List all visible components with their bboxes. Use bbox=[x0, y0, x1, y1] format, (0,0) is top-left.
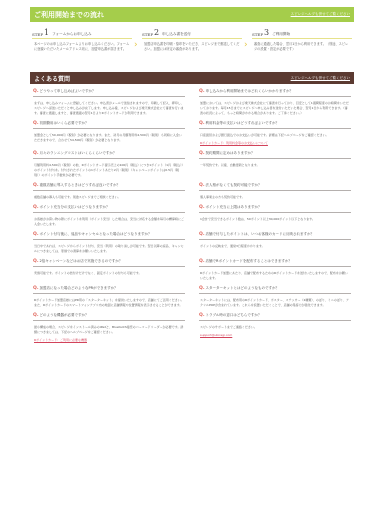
flow-help-link[interactable]: スピレジヘルプも併せてご覧ください bbox=[291, 12, 350, 17]
faq-question: Q.どうやって申し込めばよいですか？ bbox=[33, 89, 185, 97]
faq-item: Q.ポイント充当分の支払いはどうなりますか？お客様がお買い物の際にポイントを利用… bbox=[30, 200, 188, 227]
answer-body: スターターキットには、配布用のRポイントカード、ポスター、ステッカー（2種類）、… bbox=[200, 298, 349, 307]
q-mark: Q. bbox=[199, 232, 205, 237]
answer-body: 加盟においては、スピレジおよび楽天株式会社にて審査を行っており、目安として1週間… bbox=[200, 101, 349, 115]
step-number: 3 bbox=[264, 29, 269, 37]
answer-text: 一年契約です。以後、自動更新となります。 bbox=[199, 159, 351, 168]
flow-title: ご利用開始までの流れ bbox=[34, 10, 104, 20]
faq-question: Q.店舗で付与したポイントは、いつお客様のカードに反映されますか？ bbox=[199, 232, 351, 240]
faq-question: Q.法人格がなくても契約可能ですか？ bbox=[199, 183, 351, 191]
question-text: 利用料金等の支払いはどうすればよいですか？ bbox=[206, 121, 280, 126]
answer-body: 加盟金として50,000円（税別）が必要になります。また、初月の月額利用料4,5… bbox=[34, 133, 182, 142]
faq-question: Q.どのような機器が必要ですか？ bbox=[33, 313, 185, 321]
faq-item: Q.トラブル時の窓口はどちらですか？スピレジのサポートまでご連絡ください。sup… bbox=[196, 308, 354, 343]
faq-item: Q.利用料金等の支払いはどうすればよいですか？口座振替および銀行振込でのお支払い… bbox=[196, 116, 354, 146]
q-mark: Q. bbox=[33, 183, 39, 188]
answer-body: 複数店舗の導入も可能です。別途スピレジまでご相談ください。 bbox=[34, 195, 121, 199]
page-content: ご利用開始までの流れ スピレジヘルプも併せてご覧ください STEP 1 フォーム… bbox=[30, 7, 354, 343]
q-mark: Q. bbox=[199, 286, 205, 291]
q-mark: Q. bbox=[199, 313, 205, 318]
answer-text: 加盟金として50,000円（税別）が必要になります。また、初月の月額利用料4,5… bbox=[33, 129, 185, 143]
answer-body: スピレジのサポートまでご連絡ください。 bbox=[200, 325, 257, 329]
faq-item: Q.加盟店になった場合どのようなPRができますか？Rポイントカード加盟店様にはP… bbox=[30, 281, 188, 308]
answer-body: Rポイントカード加盟店様にはPR用の「スターターキット」を提供いたしますので、店… bbox=[34, 298, 184, 307]
answer-body: 一年契約です。以後、自動更新となります。 bbox=[200, 163, 260, 167]
faq-question: Q.利用料金等の支払いはどうすればよいですか？ bbox=[199, 121, 351, 129]
answer-body: Rポイントカード加盟にあたり、店舗で配布するためのRポイントカードを送付いたしま… bbox=[200, 271, 348, 280]
answer-body: 口座振替および銀行振込でのお支払いが可能です。詳細は下記ヘルプページをご確認くだ… bbox=[200, 133, 329, 137]
question-text: 申し込みから利用開始まではどれくらいかかりますか？ bbox=[206, 89, 294, 94]
faq-item: Q.初期費用はいくら必要ですか？加盟金として50,000円（税別）が必要になりま… bbox=[30, 116, 188, 146]
step-text: 本ページのお申し込みフォームよりお申し込みください。フォームに登録いただいたメー… bbox=[30, 39, 134, 52]
answer-link[interactable]: Rポイントカード：ご利用に必要な機器 bbox=[34, 338, 184, 343]
step-number: 2 bbox=[154, 29, 159, 37]
answer-text: スピレジのサポートまでご連絡ください。support@ubiregi.com bbox=[199, 321, 351, 338]
faq-list: Q.どうやって申し込めばよいですか？まずは、申し込みフォームに登録してください。… bbox=[30, 84, 354, 343]
answer-body: ポイントの反映まで、通常3日程度かかります。 bbox=[200, 244, 265, 248]
q-mark: Q. bbox=[33, 313, 39, 318]
question-text: 2倍キャンペーンなどはお店で実施できるのですか？ bbox=[40, 259, 123, 264]
step-label: STEP bbox=[142, 32, 153, 37]
faq-question: Q.ポイント充当分の支払いはどうなりますか？ bbox=[33, 205, 185, 213]
faq-section-header: よくある質問 スピレジヘルプも併せてご覧ください bbox=[30, 72, 354, 84]
step-label: STEP bbox=[252, 32, 263, 37]
answer-text: 月額利用料4,500円（税別）の他、Rポイントカード提示売上の100円（税込）に… bbox=[33, 159, 185, 178]
q-mark: Q. bbox=[33, 232, 39, 237]
q-mark: Q. bbox=[199, 121, 205, 126]
answer-text: 最小構成の場合、スピレジをインストール済みのiPadと、Bluetooth接続の… bbox=[33, 321, 185, 343]
answer-body: 1会計で充当できるポイント数は、50ポイント以上30,000ポイント以下となりま… bbox=[200, 217, 315, 221]
q-mark: Q. bbox=[199, 151, 205, 156]
faq-question: Q.店舗でRポイントカードを配布することはできますか？ bbox=[199, 259, 351, 267]
step-2: › STEP 2 申し込み書を送付 加盟店申込書を印刷・捺印をいただき、スピレジ… bbox=[140, 27, 244, 52]
answer-text: Rポイントカード加盟店様にはPR用の「スターターキット」を提供いたしますので、店… bbox=[33, 294, 185, 308]
question-text: トラブル時の窓口はどちらですか？ bbox=[206, 313, 262, 318]
faq-question: Q.ポイント充当に上限はありますか？ bbox=[199, 205, 351, 213]
question-text: 法人格がなくても契約可能ですか？ bbox=[206, 183, 262, 188]
faq-question: Q.申し込みから利用開始まではどれくらいかかりますか？ bbox=[199, 89, 351, 97]
steps: STEP 1 フォームからお申し込み 本ページのお申し込みフォームよりお申し込み… bbox=[30, 27, 354, 52]
q-mark: Q. bbox=[199, 205, 205, 210]
faq-item: Q.スターターキットとはどのようなものですか？スターターキットには、配布用のRポ… bbox=[196, 281, 354, 308]
q-mark: Q. bbox=[199, 89, 205, 94]
answer-text: 実施可能です。ポイントの倍付けだけでなく、固定ポイントの付与も可能です。 bbox=[33, 267, 185, 276]
answer-text: ポイントの反映まで、通常3日程度かかります。 bbox=[199, 240, 351, 249]
answer-text: 個人事業主の方も契約可能です。 bbox=[199, 191, 351, 200]
step-label: STEP bbox=[32, 32, 43, 37]
question-text: ポイント充当分の支払いはどうなりますか？ bbox=[40, 205, 110, 210]
faq-item: Q.契約期間に定めはありますか？一年契約です。以後、自動更新となります。 bbox=[196, 146, 354, 178]
step-text: 加盟店申込書を印刷・捺印をいただき、スピレジまで郵送してください。加盟には所定の… bbox=[140, 39, 244, 52]
faq-item: Q.2倍キャンペーンなどはお店で実施できるのですか？実施可能です。ポイントの倍付… bbox=[30, 254, 188, 281]
answer-body: お客様がお買い物の際にポイントを利用（ポイント充当）した場合は、充当に対応する金… bbox=[34, 217, 184, 226]
answer-text: 口座振替および銀行振込でのお支払いが可能です。詳細は下記ヘルプページをご確認くだ… bbox=[199, 129, 351, 146]
faq-item: Q.店舗でRポイントカードを配布することはできますか？Rポイントカード加盟にあた… bbox=[196, 254, 354, 281]
step-title: ご利用開始 bbox=[272, 32, 290, 37]
q-mark: Q. bbox=[33, 205, 39, 210]
step-title: フォームからお申し込み bbox=[52, 32, 91, 37]
question-text: 複数店舗に導入するときはどうすれば良いですか？ bbox=[40, 183, 121, 188]
step-3: › STEP 3 ご利用開始 審査に通過した場合、翌月1日から利用できます。（別… bbox=[250, 27, 354, 52]
faq-question: Q.スターターキットとはどのようなものですか？ bbox=[199, 286, 351, 294]
question-text: 月々のランニングコストはいくらくらいですか？ bbox=[40, 151, 117, 156]
faq-item: Q.ポイント充当に上限はありますか？1会計で充当できるポイント数は、50ポイント… bbox=[196, 200, 354, 227]
faq-item: Q.法人格がなくても契約可能ですか？個人事業主の方も契約可能です。 bbox=[196, 178, 354, 200]
q-mark: Q. bbox=[33, 286, 39, 291]
question-text: ポイント充当に上限はありますか？ bbox=[206, 205, 262, 210]
faq-question: Q.初期費用はいくら必要ですか？ bbox=[33, 121, 185, 129]
q-mark: Q. bbox=[33, 121, 39, 126]
answer-text: 当日中であれば、スピレジからポイント付与、充当（利用）の取り消しが可能です。翌日… bbox=[33, 240, 185, 254]
faq-item: Q.店舗で付与したポイントは、いつお客様のカードに反映されますか？ポイントの反映… bbox=[196, 227, 354, 254]
q-mark: Q. bbox=[33, 89, 39, 94]
faq-question: Q.ポイント付与後に、返品やキャンセルとなった場合はどうなりますか？ bbox=[33, 232, 185, 240]
question-text: 店舗でRポイントカードを配布することはできますか？ bbox=[206, 259, 292, 264]
question-text: 初期費用はいくら必要ですか？ bbox=[40, 121, 89, 126]
faq-question: Q.トラブル時の窓口はどちらですか？ bbox=[199, 313, 351, 321]
answer-text: お客様がお買い物の際にポイントを利用（ポイント充当）した場合は、充当に対応する金… bbox=[33, 213, 185, 227]
question-text: どうやって申し込めばよいですか？ bbox=[40, 89, 96, 94]
faq-item: Q.どのような機器が必要ですか？最小構成の場合、スピレジをインストール済みのiP… bbox=[30, 308, 188, 343]
answer-text: 加盟においては、スピレジおよび楽天株式会社にて審査を行っており、目安として1週間… bbox=[199, 97, 351, 116]
chevron-right-icon: › bbox=[134, 41, 140, 49]
faq-item: Q.複数店舗に導入するときはどうすれば良いですか？複数店舗の導入も可能です。別途… bbox=[30, 178, 188, 200]
step-1: STEP 1 フォームからお申し込み 本ページのお申し込みフォームよりお申し込み… bbox=[30, 27, 134, 52]
faq-help-link[interactable]: スピレジヘルプも併せてご覧ください bbox=[291, 76, 350, 81]
answer-body: 実施可能です。ポイントの倍付けだけでなく、固定ポイントの付与も可能です。 bbox=[34, 271, 141, 275]
answer-body: 当日中であれば、スピレジからポイント付与、充当（利用）の取り消しが可能です。翌日… bbox=[34, 244, 184, 253]
answer-body: 個人事業主の方も契約可能です。 bbox=[200, 195, 245, 199]
faq-question: Q.月々のランニングコストはいくらくらいですか？ bbox=[33, 151, 185, 159]
question-text: 契約期間に定めはありますか？ bbox=[206, 151, 255, 156]
faq-item: Q.申し込みから利用開始まではどれくらいかかりますか？加盟においては、スピレジお… bbox=[196, 84, 354, 116]
question-text: スターターキットとはどのようなものですか？ bbox=[206, 286, 279, 291]
question-text: 加盟店になった場合どのようなPRができますか？ bbox=[40, 286, 118, 291]
question-text: どのような機器が必要ですか？ bbox=[40, 313, 89, 318]
q-mark: Q. bbox=[33, 151, 39, 156]
q-mark: Q. bbox=[199, 183, 205, 188]
flow-section-header: ご利用開始までの流れ スピレジヘルプも併せてご覧ください bbox=[30, 7, 354, 22]
answer-body: まずは、申し込みフォームに登録してください。申込書がメールで送信されますので、印… bbox=[34, 101, 184, 115]
step-number: 1 bbox=[44, 29, 49, 37]
answer-body: 月額利用料4,500円（税別）の他、Rポイントカード提示売上の100円（税込）に… bbox=[34, 163, 183, 177]
answer-text: 複数店舗の導入も可能です。別途スピレジまでご相談ください。 bbox=[33, 191, 185, 200]
answer-text: Rポイントカード加盟にあたり、店舗で配布するためのRポイントカードを送付いたしま… bbox=[199, 267, 351, 281]
faq-question: Q.複数店舗に導入するときはどうすれば良いですか？ bbox=[33, 183, 185, 191]
answer-link[interactable]: support@ubiregi.com bbox=[200, 333, 350, 338]
faq-item: Q.どうやって申し込めばよいですか？まずは、申し込みフォームに登録してください。… bbox=[30, 84, 188, 116]
faq-item: Q.ポイント付与後に、返品やキャンセルとなった場合はどうなりますか？当日中であれ… bbox=[30, 227, 188, 254]
faq-item: Q.月々のランニングコストはいくらくらいですか？月額利用料4,500円（税別）の… bbox=[30, 146, 188, 178]
q-mark: Q. bbox=[33, 259, 39, 264]
answer-text: 1会計で充当できるポイント数は、50ポイント以上30,000ポイント以下となりま… bbox=[199, 213, 351, 222]
answer-text: まずは、申し込みフォームに登録してください。申込書がメールで送信されますので、印… bbox=[33, 97, 185, 116]
faq-question: Q.加盟店になった場合どのようなPRができますか？ bbox=[33, 286, 185, 294]
step-title: 申し込み書を送付 bbox=[162, 32, 191, 37]
step-text: 審査に通過した場合、翌月1日から利用できます。（別途、スピレジの設置・設定が必要… bbox=[250, 39, 354, 52]
question-text: 店舗で付与したポイントは、いつお客様のカードに反映されますか？ bbox=[206, 232, 315, 237]
answer-body: 最小構成の場合、スピレジをインストール済みのiPadと、Bluetooth接続の… bbox=[34, 325, 183, 334]
q-mark: Q. bbox=[199, 259, 205, 264]
answer-text: スターターキットには、配布用のRポイントカード、ポスター、ステッカー（2種類）、… bbox=[199, 294, 351, 308]
faq-title: よくある質問 bbox=[34, 74, 70, 83]
question-text: ポイント付与後に、返品やキャンセルとなった場合はどうなりますか？ bbox=[40, 232, 152, 237]
faq-question: Q.契約期間に定めはありますか？ bbox=[199, 151, 351, 159]
faq-question: Q.2倍キャンペーンなどはお店で実施できるのですか？ bbox=[33, 259, 185, 267]
chevron-right-icon: › bbox=[244, 41, 250, 49]
